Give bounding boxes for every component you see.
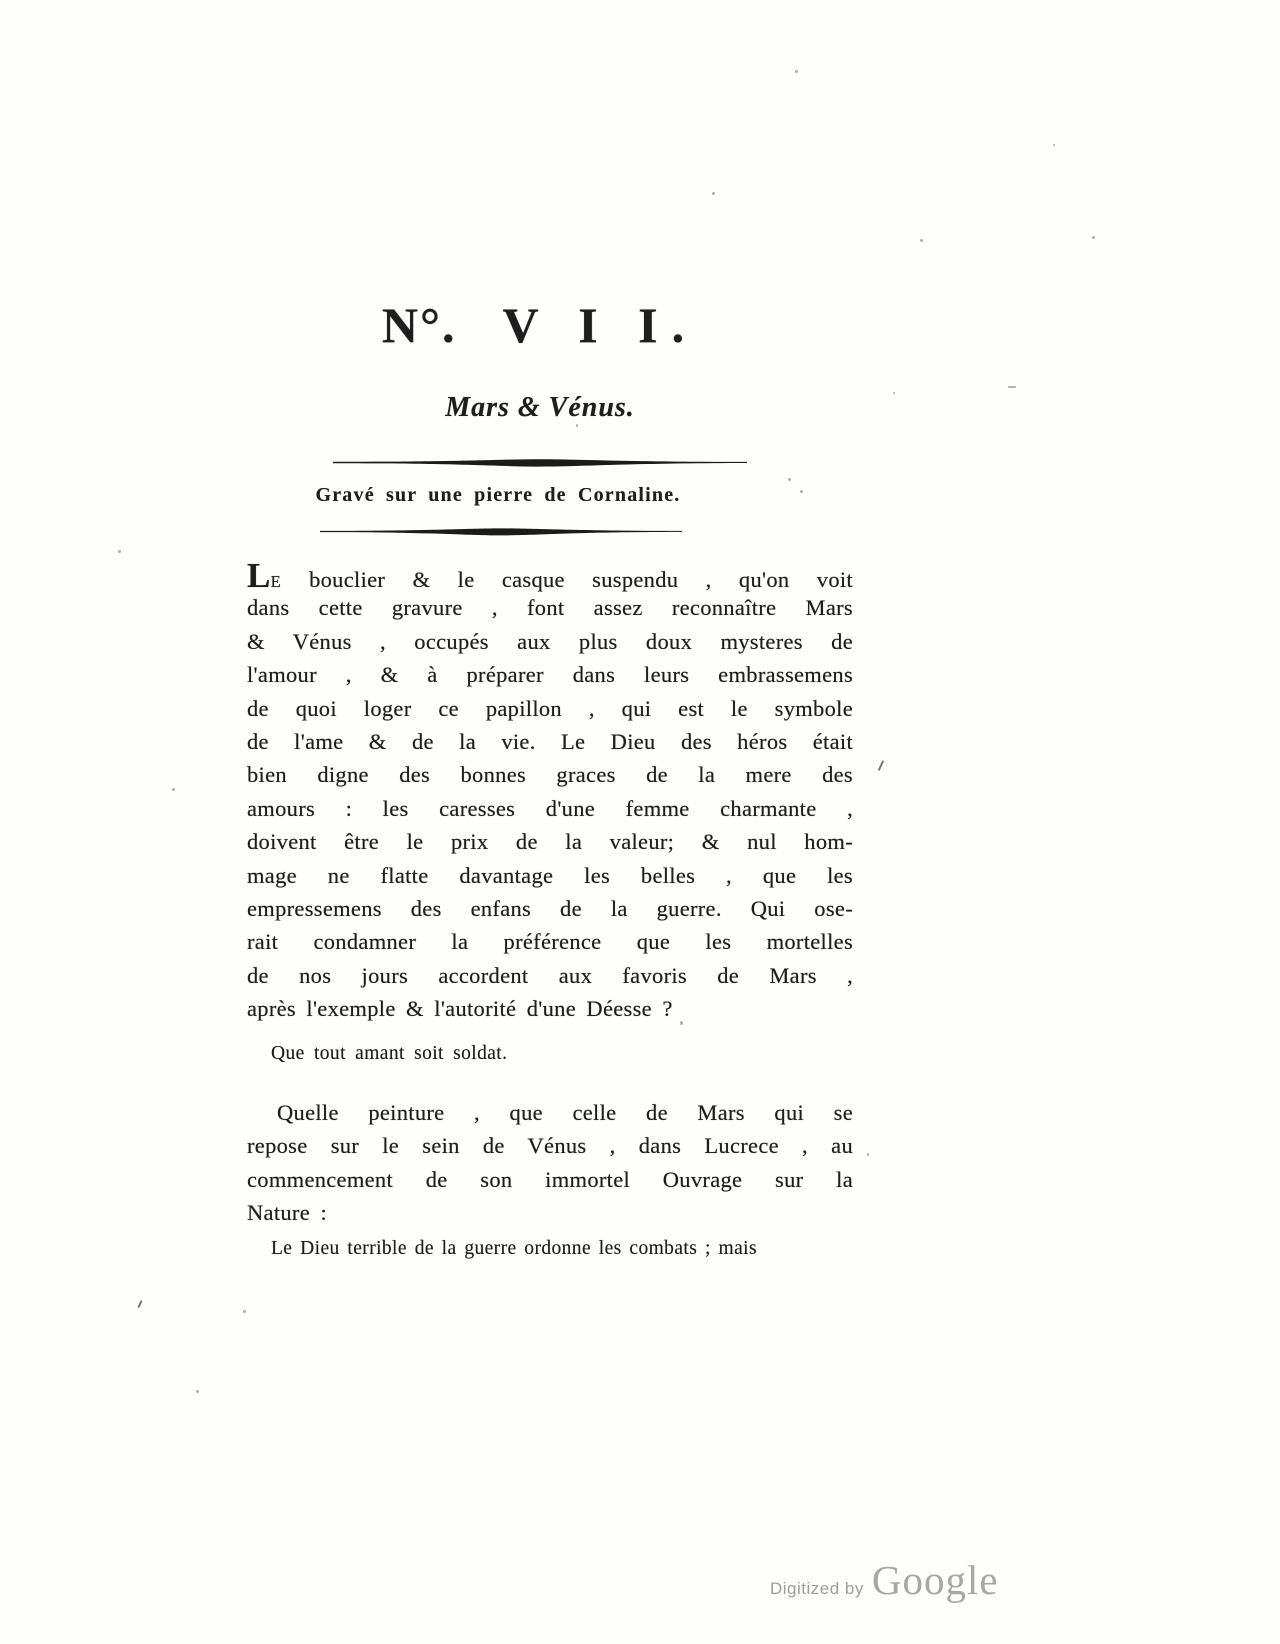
text-line: mage ne flatte davantage les belles , qu…	[247, 859, 853, 892]
number-label: N°.	[382, 297, 457, 353]
small-cap: E	[271, 572, 282, 591]
text-line: de l'ame & de la vie. Le Dieu des héros …	[247, 725, 853, 758]
engraving-caption: Gravé sur une pierre de Cornaline.	[198, 483, 798, 507]
text-line: doivent être le prix de la valeur; & nul…	[247, 825, 853, 858]
verse-quote: Le Dieu terrible de la guerre ordonne le…	[271, 1237, 757, 1260]
text-line: de nos jours accordent aux favoris de Ma…	[247, 959, 853, 992]
line-text: bouclier & le casque suspendu , qu'on vo…	[282, 567, 853, 592]
text-line: rait condamner la préférence que les mor…	[247, 925, 853, 958]
text-line: l'amour , & à préparer dans leurs embras…	[247, 658, 853, 691]
text-line: Nature :	[247, 1196, 853, 1229]
digitization-watermark: Digitized by Google	[770, 1560, 999, 1601]
text-line: & Vénus , occupés aux plus doux mysteres…	[247, 625, 853, 658]
page-subtitle: Mars & Vénus.	[240, 393, 840, 424]
section-number-title: N°.V I I.	[240, 300, 840, 350]
text-line: LE bouclier & le casque suspendu , qu'on…	[247, 558, 853, 591]
swelled-rule-shape	[320, 527, 682, 537]
text-line: après l'exemple & l'autorité d'une Déess…	[247, 992, 853, 1025]
text-line: repose sur le sein de Vénus , dans Lucre…	[247, 1129, 853, 1162]
drop-cap: L	[247, 556, 271, 595]
watermark-prefix: Digitized by	[770, 1579, 864, 1599]
swelled-rule-top	[240, 455, 840, 473]
google-logo: Google	[872, 1560, 999, 1601]
swelled-rule-bottom	[201, 524, 801, 542]
roman-numeral: V I I.	[502, 297, 698, 353]
text-line: commencement de son immortel Ouvrage sur…	[247, 1163, 853, 1196]
text-line: dans cette gravure , font assez reconnaî…	[247, 591, 853, 624]
scanned-book-page: N°.V I I. Mars & Vénus. Gravé sur une pi…	[0, 0, 1280, 1644]
paragraph-secondary: Quelle peinture , que celle de Mars qui …	[247, 1096, 853, 1230]
paragraph-main: LE bouclier & le casque suspendu , qu'on…	[247, 558, 853, 1025]
text-line: de quoi loger ce papillon , qui est le s…	[247, 692, 853, 725]
text-line: empressemens des enfans de la guerre. Qu…	[247, 892, 853, 925]
text-line: Quelle peinture , que celle de Mars qui …	[247, 1096, 853, 1129]
text-line: amours : les caresses d'une femme charma…	[247, 792, 853, 825]
text-line: bien digne des bonnes graces de la mere …	[247, 758, 853, 791]
verse-quote: Que tout amant soit soldat.	[271, 1042, 507, 1065]
swelled-rule-shape	[333, 458, 747, 468]
